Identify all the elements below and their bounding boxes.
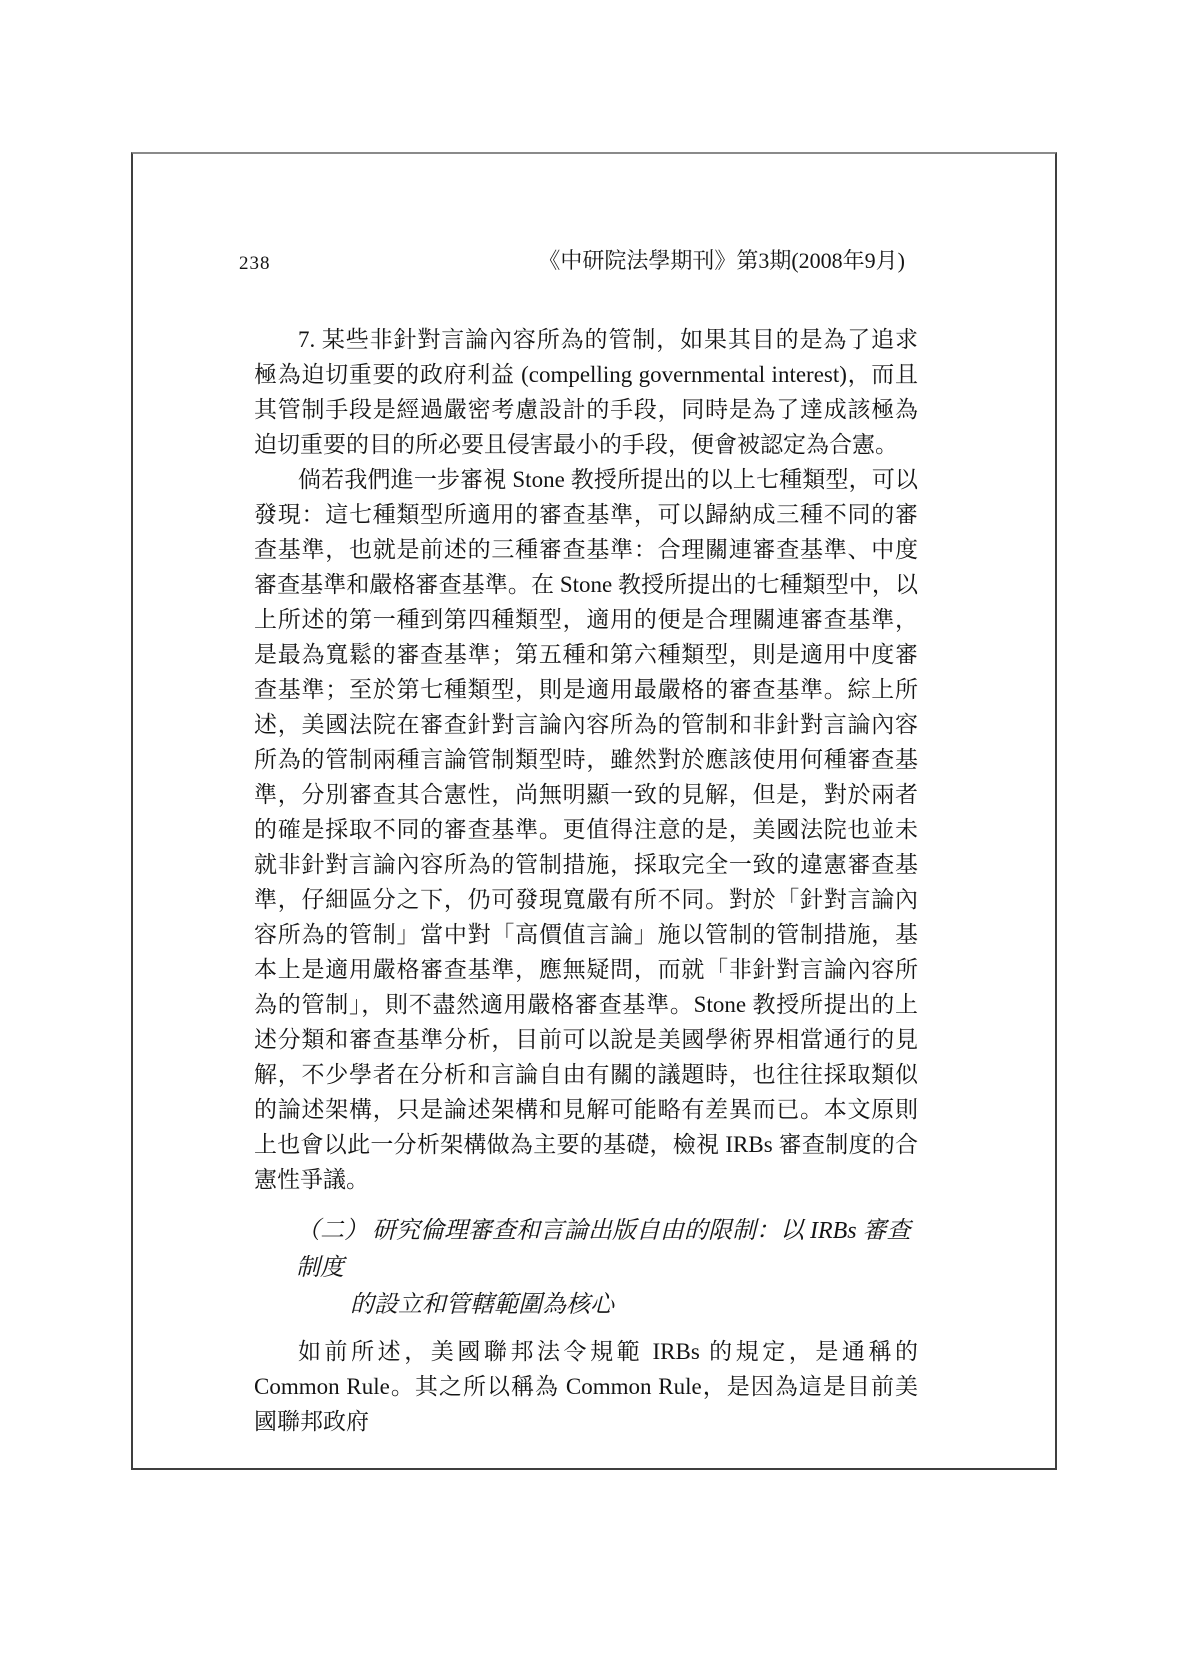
page-number: 238 — [239, 253, 271, 275]
section-heading-text: 研究倫理審查和言論出版自由的限制：以 IRBs 審查制度 — [296, 1218, 911, 1281]
document-page: 238 《中研院法學期刊》第3期(2008年9月) 7. 某些非針對言論內容所為… — [131, 152, 1057, 1470]
section-heading: （二）研究倫理審查和言論出版自由的限制：以 IRBs 審查制度 的設立和管轄範圍… — [254, 1213, 918, 1324]
paragraph-common-rule: 如前所述，美國聯邦法令規範 IRBs 的規定，是通稱的 Common Rule。… — [254, 1334, 918, 1439]
body-text: 7. 某些非針對言論內容所為的管制，如果其目的是為了追求極為迫切重要的政府利益 … — [254, 322, 918, 1439]
section-heading-label: （二） — [296, 1218, 368, 1244]
section-heading-line-1: （二）研究倫理審查和言論出版自由的限制：以 IRBs 審查制度 — [296, 1213, 918, 1287]
screenshot-root: { "header": { "page_number": "238", "jou… — [0, 0, 1177, 1664]
paragraph-stone-seven-types: 倘若我們進一步審視 Stone 教授所提出的以上七種類型，可以發現：這七種類型所… — [254, 462, 918, 1197]
section-heading-line-2: 的設立和管轄範圍為核心 — [350, 1287, 918, 1324]
journal-header-title: 《中研院法學期刊》第3期(2008年9月) — [538, 244, 905, 275]
page-header: 238 《中研院法學期刊》第3期(2008年9月) — [239, 244, 905, 275]
paragraph-regulation-item-7: 7. 某些非針對言論內容所為的管制，如果其目的是為了追求極為迫切重要的政府利益 … — [254, 322, 918, 462]
